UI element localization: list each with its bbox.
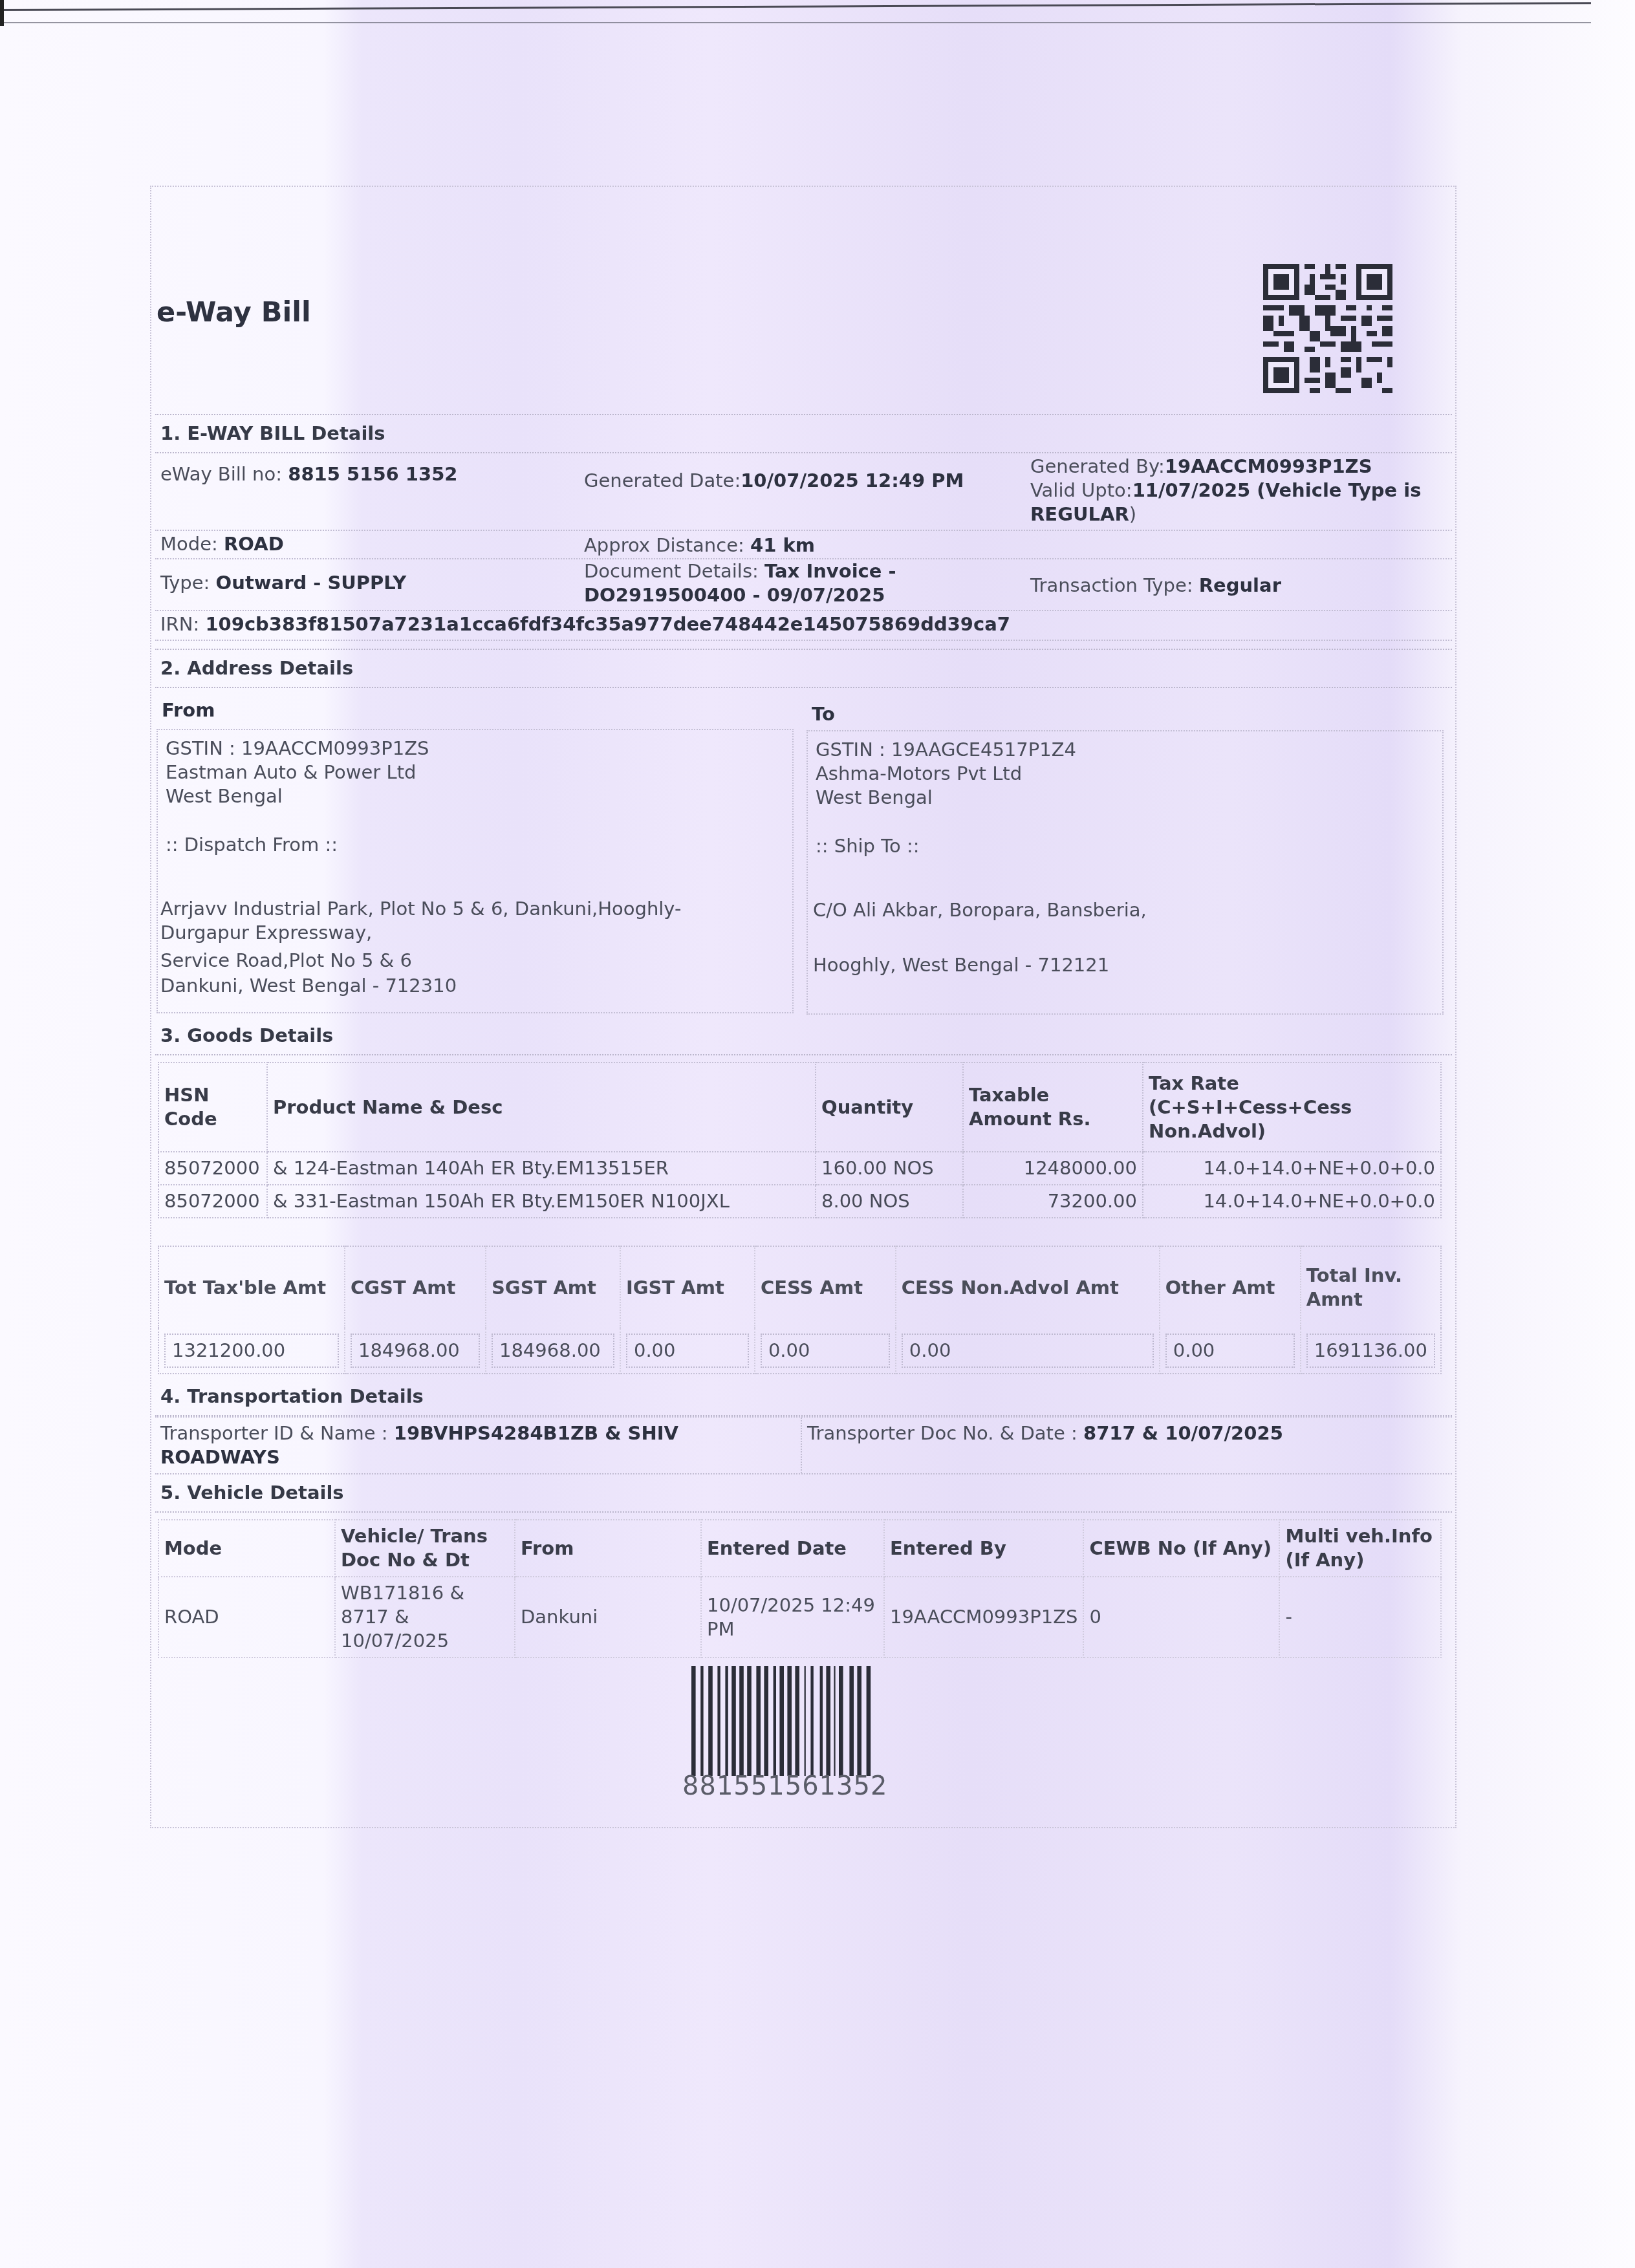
dispatch-address-line3: Dankuni, West Bengal - 712310: [160, 974, 785, 998]
from-state: West Bengal: [166, 784, 785, 808]
vehicle-doc: WB171816 & 8717 & 10/07/2025: [335, 1577, 515, 1658]
barcode-number: 881551561352: [682, 1775, 887, 1798]
goods-table: HSN Code Product Name & Desc Quantity Ta…: [158, 1062, 1442, 1218]
generated-date-label: Generated Date:: [584, 470, 741, 491]
col-vehicle-doc: Vehicle/ Trans Doc No & Dt: [335, 1520, 515, 1577]
entered-by: 19AACCM0993P1ZS: [884, 1577, 1083, 1658]
to-name: Ashma-Motors Pvt Ltd: [816, 762, 1435, 786]
from-name: Eastman Auto & Power Ltd: [166, 761, 785, 784]
other-value: 0.00: [1165, 1334, 1295, 1368]
total-taxable-value: 1321200.00: [164, 1334, 339, 1368]
eway-bill-no: 8815 5156 1352: [288, 463, 457, 485]
col-multi-veh-info: Multi veh.Info (If Any): [1279, 1520, 1441, 1577]
dispatch-address-line2: Service Road,Plot No 5 & 6: [160, 949, 785, 973]
ship-address-line2: Hooghly, West Bengal - 712121: [813, 953, 1435, 977]
ship-address-line1: C/O Ali Akbar, Boropara, Bansberia,: [813, 898, 1435, 922]
cewb-no: 0: [1083, 1577, 1279, 1658]
transporter-doc-value: 8717 & 10/07/2025: [1083, 1422, 1283, 1444]
hsn-code: 85072000: [158, 1185, 267, 1218]
mode-label: Mode:: [160, 533, 224, 555]
col-total-taxable: Tot Tax'ble Amt: [158, 1246, 345, 1328]
cess-value: 0.00: [761, 1334, 890, 1368]
from-gstin: GSTIN : 19AACCM0993P1ZS: [166, 737, 785, 761]
col-product-name: Product Name & Desc: [267, 1063, 816, 1152]
product-name: & 331-Eastman 150Ah ER Bty.EM150ER N100J…: [267, 1185, 816, 1218]
header: e-Way Bill: [155, 188, 1452, 414]
document-details-label: Document Details:: [584, 560, 764, 582]
ship-to-label: :: Ship To ::: [816, 834, 1435, 858]
from-label: From: [157, 693, 794, 729]
sgst-value: 184968.00: [492, 1334, 614, 1368]
irn-value: 109cb383f81507a7231a1cca6fdf34fc35a977de…: [205, 613, 1010, 635]
address-to: To GSTIN : 19AAGCE4517P1Z4 Ashma-Motors …: [807, 693, 1444, 1015]
dispatch-address-line1: Arrjavv Industrial Park, Plot No 5 & 6, …: [160, 897, 742, 945]
col-cewb-no: CEWB No (If Any): [1083, 1520, 1279, 1577]
col-other: Other Amt: [1160, 1246, 1301, 1328]
mode-value: ROAD: [224, 533, 284, 555]
col-tax-rate: Tax Rate (C+S+I+Cess+Cess Non.Advol): [1143, 1063, 1441, 1152]
eway-details-row-1: eWay Bill no: 8815 5156 1352 Generated D…: [155, 453, 1452, 531]
transporter-label: Transporter ID & Name :: [160, 1422, 394, 1444]
page-title: e-Way Bill: [157, 301, 311, 325]
col-mode: Mode: [158, 1520, 335, 1577]
col-quantity: Quantity: [816, 1063, 963, 1152]
section-heading-address-details: 2. Address Details: [155, 649, 1452, 688]
tax-totals-table: Tot Tax'ble Amt CGST Amt SGST Amt IGST A…: [158, 1246, 1442, 1374]
type-label: Type:: [160, 572, 216, 594]
approx-distance-label: Approx Distance:: [584, 534, 750, 556]
multi-veh-info: -: [1279, 1577, 1441, 1658]
tax-rate: 14.0+14.0+NE+0.0+0.0: [1143, 1185, 1441, 1218]
transaction-type-label: Transaction Type:: [1030, 574, 1199, 596]
table-row: 85072000 & 331-Eastman 150Ah ER Bty.EM15…: [158, 1185, 1441, 1218]
eway-bill-document: e-Way Bill 1. E-WAY BILL Details: [155, 188, 1452, 1821]
transporter-row: Transporter ID & Name : 19BVHPS4284B1ZB …: [155, 1416, 1452, 1474]
section-heading-eway-details: 1. E-WAY BILL Details: [155, 414, 1452, 453]
transaction-type: Regular: [1199, 574, 1281, 596]
quantity: 160.00 NOS: [816, 1152, 963, 1185]
qr-code-icon: [1263, 264, 1392, 393]
table-row: ROAD WB171816 & 8717 & 10/07/2025 Dankun…: [158, 1577, 1441, 1658]
col-cgst: CGST Amt: [345, 1246, 486, 1328]
hsn-code: 85072000: [158, 1152, 267, 1185]
approx-distance: 41 km: [750, 534, 815, 556]
eway-details-row-3: Type: Outward - SUPPLY Document Details:…: [155, 559, 1452, 611]
totals-values: 1321200.00 184968.00 184968.00 0.00 0.00…: [158, 1328, 1441, 1374]
dispatch-from-label: :: Dispatch From ::: [166, 833, 785, 857]
col-igst: IGST Amt: [620, 1246, 755, 1328]
section-heading-vehicle: 5. Vehicle Details: [155, 1474, 1452, 1513]
col-total-invoice: Total Inv. Amnt: [1301, 1246, 1441, 1328]
barcode-icon: [689, 1666, 876, 1776]
eway-bill-no-label: eWay Bill no:: [160, 463, 288, 485]
eway-details-row-2: Mode: ROAD Approx Distance: 41 km: [155, 531, 1452, 559]
cgst-value: 184968.00: [351, 1334, 480, 1368]
vehicle-table: Mode Vehicle/ Trans Doc No & Dt From Ent…: [158, 1519, 1442, 1658]
barcode-area: 881551561352: [155, 1666, 1452, 1821]
igst-value: 0.00: [626, 1334, 749, 1368]
from-address-box: GSTIN : 19AACCM0993P1ZS Eastman Auto & P…: [157, 729, 794, 1013]
table-row: 85072000 & 124-Eastman 140Ah ER Bty.EM13…: [158, 1152, 1441, 1185]
col-taxable-amount: Taxable Amount Rs.: [963, 1063, 1143, 1152]
address-from: From GSTIN : 19AACCM0993P1ZS Eastman Aut…: [157, 693, 794, 1015]
col-hsn-code: HSN Code: [158, 1063, 267, 1152]
taxable-amount: 73200.00: [963, 1185, 1143, 1218]
to-label: To: [807, 693, 1444, 730]
vehicle-from: Dankuni: [515, 1577, 701, 1658]
scan-edge: [0, 2, 1591, 11]
generated-by: 19AACCM0993P1ZS: [1165, 455, 1372, 477]
valid-upto-close: ): [1129, 503, 1136, 525]
col-from: From: [515, 1520, 701, 1577]
section-heading-transportation: 4. Transportation Details: [155, 1378, 1452, 1416]
scan-edge: [0, 0, 4, 26]
cess-non-advol-value: 0.00: [902, 1334, 1154, 1368]
entered-date: 10/07/2025 12:49 PM: [701, 1577, 884, 1658]
col-cess-non-advol: CESS Non.Advol Amt: [896, 1246, 1160, 1328]
to-address-box: GSTIN : 19AAGCE4517P1Z4 Ashma-Motors Pvt…: [807, 730, 1444, 1015]
vehicle-mode: ROAD: [158, 1577, 335, 1658]
address-details: From GSTIN : 19AACCM0993P1ZS Eastman Aut…: [155, 688, 1452, 1015]
transporter-doc-label: Transporter Doc No. & Date :: [807, 1422, 1083, 1444]
total-invoice-value: 1691136.00: [1306, 1334, 1435, 1368]
taxable-amount: 1248000.00: [963, 1152, 1143, 1185]
scan-edge: [0, 22, 1591, 23]
col-entered-date: Entered Date: [701, 1520, 884, 1577]
totals-header: Tot Tax'ble Amt CGST Amt SGST Amt IGST A…: [158, 1246, 1441, 1328]
to-state: West Bengal: [816, 786, 1435, 810]
irn-row: IRN: 109cb383f81507a7231a1cca6fdf34fc35a…: [155, 611, 1452, 641]
section-heading-goods-details: 3. Goods Details: [155, 1017, 1452, 1055]
col-sgst: SGST Amt: [486, 1246, 620, 1328]
irn-label: IRN:: [160, 613, 205, 635]
type-value: Outward - SUPPLY: [216, 572, 407, 594]
generated-by-label: Generated By:: [1030, 455, 1165, 477]
tax-rate: 14.0+14.0+NE+0.0+0.0: [1143, 1152, 1441, 1185]
valid-upto-label: Valid Upto:: [1030, 479, 1132, 501]
generated-date: 10/07/2025 12:49 PM: [741, 470, 964, 491]
product-name: & 124-Eastman 140Ah ER Bty.EM13515ER: [267, 1152, 816, 1185]
vehicle-table-header: Mode Vehicle/ Trans Doc No & Dt From Ent…: [158, 1520, 1441, 1577]
col-entered-by: Entered By: [884, 1520, 1083, 1577]
col-cess: CESS Amt: [755, 1246, 896, 1328]
quantity: 8.00 NOS: [816, 1185, 963, 1218]
goods-table-header: HSN Code Product Name & Desc Quantity Ta…: [158, 1063, 1441, 1152]
to-gstin: GSTIN : 19AAGCE4517P1Z4: [816, 738, 1435, 762]
